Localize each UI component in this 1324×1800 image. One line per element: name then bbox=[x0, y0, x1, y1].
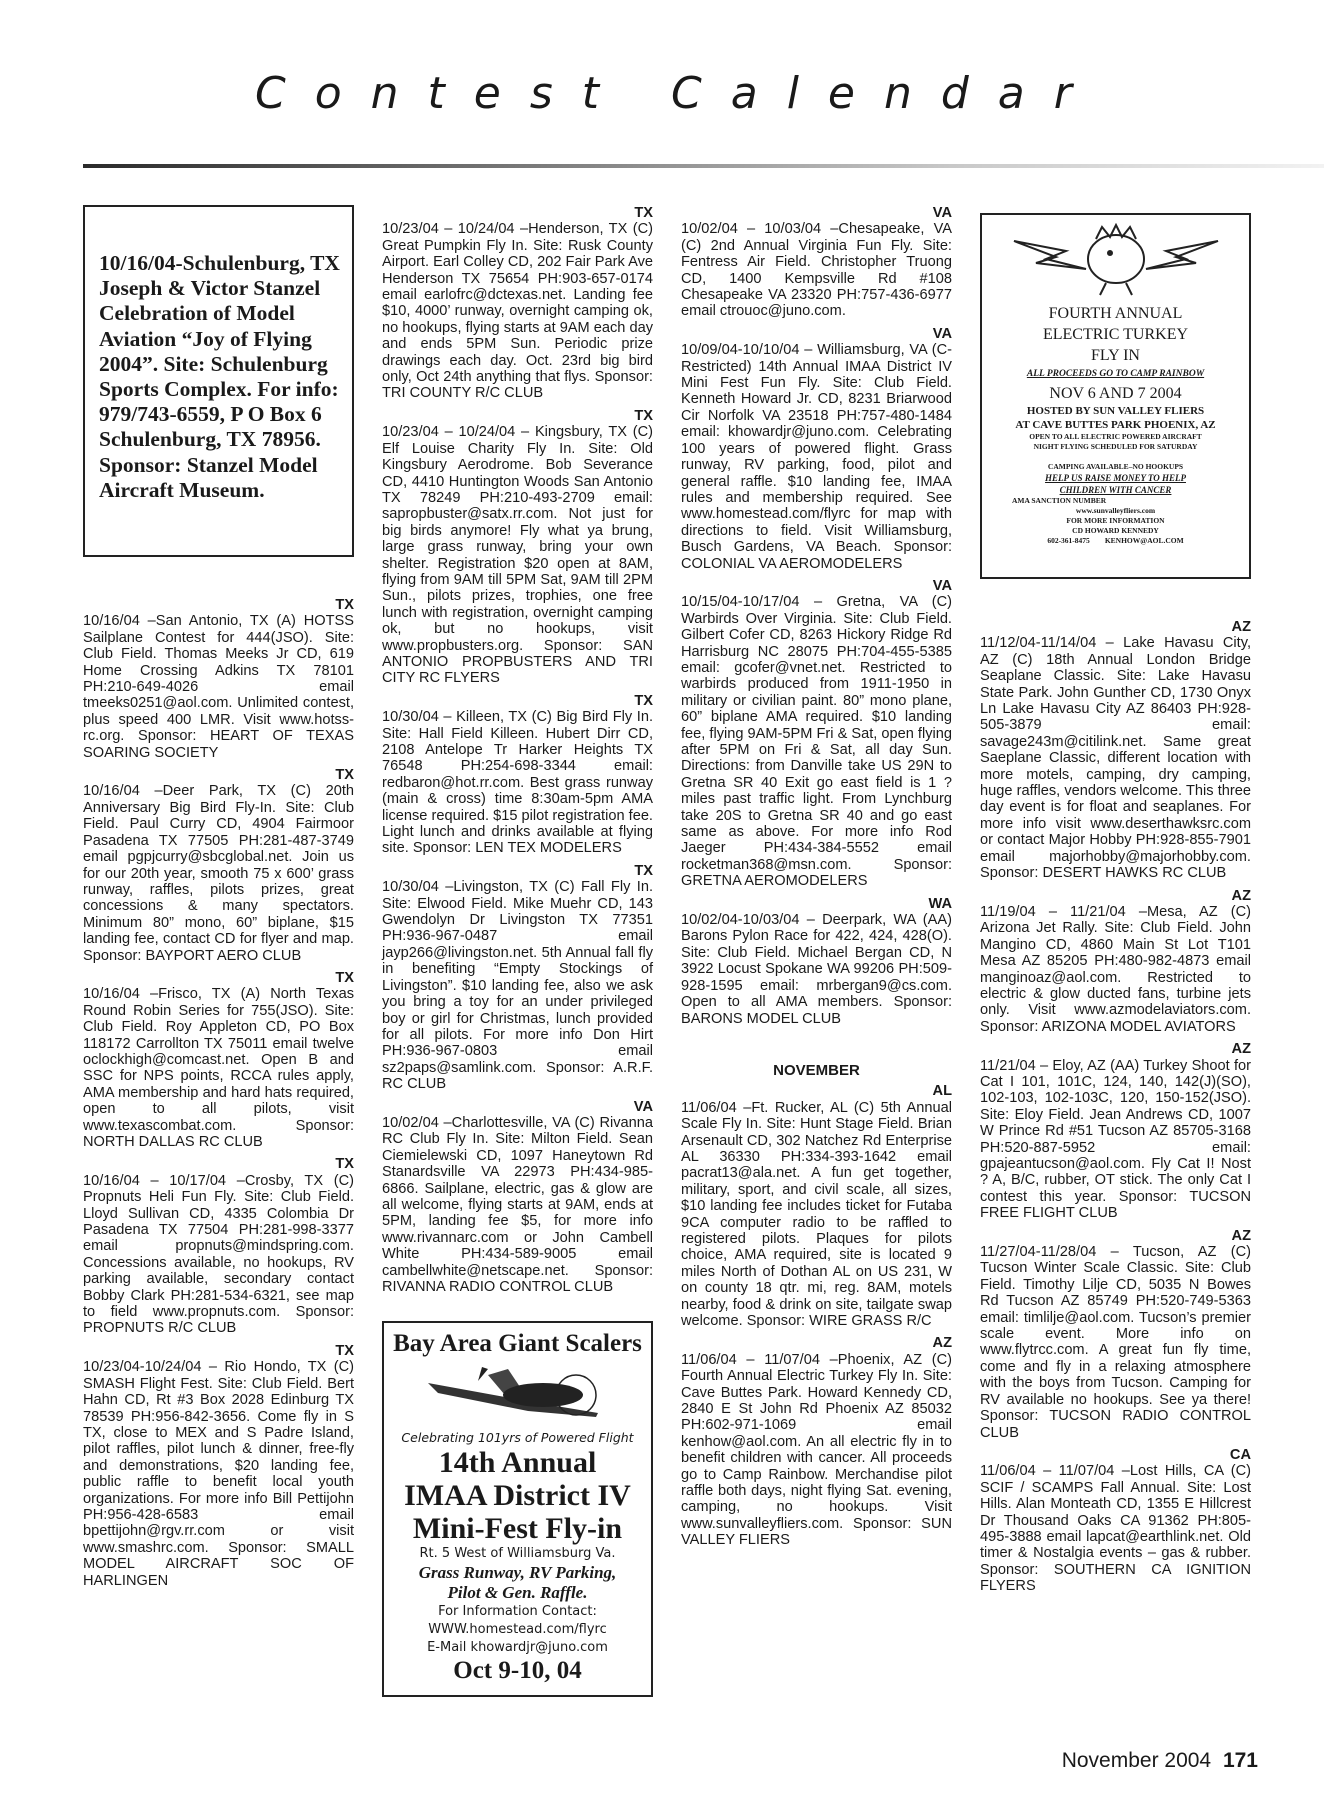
state-label: AZ bbox=[980, 619, 1251, 635]
state-label: TX bbox=[83, 970, 354, 986]
state-label: WA bbox=[681, 896, 952, 912]
turkey-location: AT CAVE BUTTES PARK PHOENIX, AZ bbox=[986, 418, 1245, 432]
listing-text: 10/16/04 –San Antonio, TX (A) HOTSS Sail… bbox=[83, 613, 354, 761]
listing-entry: TX 10/30/04 – Killeen, TX (C) Big Bird F… bbox=[382, 693, 653, 857]
turkey-lightning-icon bbox=[1006, 223, 1226, 299]
turkey-help2: CHILDREN WITH CANCER bbox=[986, 484, 1245, 496]
promo-text: 10/16/04-Schulenburg, TX Joseph & Victor… bbox=[99, 251, 342, 503]
state-label: CA bbox=[980, 1447, 1251, 1463]
listing-text: 10/15/04-10/17/04 – Gretna, VA (C) Warbi… bbox=[681, 594, 952, 889]
state-label: AZ bbox=[980, 1228, 1251, 1244]
listing-text: 10/09/04-10/10/04 – Williamsburg, VA (C-… bbox=[681, 342, 952, 572]
state-label: AZ bbox=[980, 888, 1251, 904]
listing-entry: TX 10/16/04 –Frisco, TX (A) North Texas … bbox=[83, 970, 354, 1150]
column-2: TX 10/23/04 – 10/24/04 –Henderson, TX (C… bbox=[382, 205, 653, 1697]
listing-text: 10/23/04-10/24/04 – Rio Hondo, TX (C) SM… bbox=[83, 1359, 354, 1589]
listing-entry: AL 11/06/04 –Ft. Rucker, AL (C) 5th Annu… bbox=[681, 1083, 952, 1329]
state-label: TX bbox=[83, 767, 354, 783]
state-label: TX bbox=[83, 597, 354, 613]
ad-website: WWW.homestead.com/flyrc bbox=[392, 1621, 643, 1639]
listing-text: 10/16/04 – 10/17/04 –Crosby, TX (C) Prop… bbox=[83, 1173, 354, 1337]
listing-entry: AZ 11/19/04 – 11/21/04 –Mesa, AZ (C) Ari… bbox=[980, 888, 1251, 1036]
state-label: TX bbox=[382, 693, 653, 709]
listing-text: 10/30/04 – Killeen, TX (C) Big Bird Fly … bbox=[382, 709, 653, 857]
listing-entry: TX 10/23/04 – 10/24/04 –Henderson, TX (C… bbox=[382, 205, 653, 402]
listing-text: 10/23/04 – 10/24/04 –Henderson, TX (C) G… bbox=[382, 221, 653, 401]
bay-area-giant-scalers-ad: Bay Area Giant Scalers Celebrating 101yr… bbox=[382, 1321, 653, 1697]
listing-text: 11/06/04 – 11/07/04 –Phoenix, AZ (C) Fou… bbox=[681, 1352, 952, 1549]
turkey-line3: FLY IN bbox=[986, 345, 1245, 366]
state-label: AZ bbox=[980, 1041, 1251, 1057]
title-rule bbox=[83, 164, 1324, 168]
ad-heading: Bay Area Giant Scalers bbox=[392, 1329, 643, 1359]
ad-contact-label: For Information Contact: bbox=[392, 1603, 643, 1621]
listing-entry: AZ 11/27/04-11/28/04 – Tucson, AZ (C) Tu… bbox=[980, 1228, 1251, 1441]
listing-entry: VA 10/15/04-10/17/04 – Gretna, VA (C) Wa… bbox=[681, 578, 952, 890]
state-label: VA bbox=[681, 326, 952, 342]
listing-text: 11/19/04 – 11/21/04 –Mesa, AZ (C) Arizon… bbox=[980, 904, 1251, 1035]
turkey-hosted: HOSTED BY SUN VALLEY FLIERS bbox=[986, 404, 1245, 418]
state-label: VA bbox=[681, 205, 952, 221]
issue-label: November 2004 bbox=[1062, 1749, 1211, 1772]
state-label: TX bbox=[382, 205, 653, 221]
listing-text: 10/02/04 –Charlottesville, VA (C) Rivann… bbox=[382, 1115, 653, 1295]
column-1: 10/16/04-Schulenburg, TX Joseph & Victor… bbox=[83, 205, 354, 1595]
listing-entry: TX 10/16/04 –San Antonio, TX (A) HOTSS S… bbox=[83, 597, 354, 761]
listing-text: 11/21/04 – Eloy, AZ (AA) Turkey Shoot fo… bbox=[980, 1058, 1251, 1222]
listing-entry: WA 10/02/04-10/03/04 – Deerpark, WA (AA)… bbox=[681, 896, 952, 1027]
turkey-date: NOV 6 AND 7 2004 bbox=[986, 383, 1245, 404]
corsair-airplane-icon bbox=[418, 1361, 618, 1423]
listing-entry: AZ 11/06/04 – 11/07/04 –Phoenix, AZ (C) … bbox=[681, 1335, 952, 1548]
listing-entry: VA 10/02/04 –Charlottesville, VA (C) Riv… bbox=[382, 1099, 653, 1296]
state-label: VA bbox=[681, 578, 952, 594]
page-title: Contest Calendar bbox=[255, 68, 1101, 119]
turkey-website: www.sunvalleyfliers.com bbox=[986, 506, 1245, 516]
turkey-camping: CAMPING AVAILABLE–NO HOOKUPS bbox=[986, 462, 1245, 472]
electric-turkey-ad: FOURTH ANNUAL ELECTRIC TURKEY FLY IN ALL… bbox=[980, 213, 1251, 579]
month-heading: NOVEMBER bbox=[681, 1063, 952, 1079]
listing-entry: TX 10/23/04-10/24/04 – Rio Hondo, TX (C)… bbox=[83, 1343, 354, 1589]
listing-text: 10/30/04 –Livingston, TX (C) Fall Fly In… bbox=[382, 879, 653, 1092]
turkey-email: KENHOW@AOL.COM bbox=[1105, 536, 1184, 545]
page-footer: November 2004 171 bbox=[1062, 1749, 1258, 1773]
turkey-night: NIGHT FLYING SCHEDULED FOR SATURDAY bbox=[986, 442, 1245, 452]
state-label: AL bbox=[681, 1083, 952, 1099]
listing-entry: TX 10/16/04 – 10/17/04 –Crosby, TX (C) P… bbox=[83, 1156, 354, 1336]
listing-text: 11/12/04-11/14/04 – Lake Havasu City, AZ… bbox=[980, 635, 1251, 881]
ad-features2: Pilot & Gen. Raffle. bbox=[392, 1583, 643, 1603]
ad-location: Rt. 5 West of Williamsburg Va. bbox=[392, 1545, 643, 1563]
turkey-line2: ELECTRIC TURKEY bbox=[986, 324, 1245, 345]
turkey-cd: CD HOWARD KENNEDY bbox=[986, 526, 1245, 536]
ad-email: E-Mail khowardjr@juno.com bbox=[392, 1639, 643, 1657]
listing-text: 11/27/04-11/28/04 – Tucson, AZ (C) Tucso… bbox=[980, 1244, 1251, 1441]
listing-text: 10/16/04 –Deer Park, TX (C) 20th Anniver… bbox=[83, 783, 354, 963]
ad-date: Oct 9-10, 04 bbox=[392, 1657, 643, 1685]
ad-celebrating: Celebrating 101yrs of Powered Flight bbox=[392, 1430, 643, 1446]
ad-line3: Mini-Fest Fly-in bbox=[392, 1512, 643, 1545]
turkey-proceeds: ALL PROCEEDS GO TO CAMP RAINBOW bbox=[986, 366, 1245, 382]
state-label: AZ bbox=[681, 1335, 952, 1351]
listing-text: 11/06/04 –Ft. Rucker, AL (C) 5th Annual … bbox=[681, 1100, 952, 1330]
ad-features1: Grass Runway, RV Parking, bbox=[392, 1563, 643, 1583]
turkey-phone: 602-361-8475 bbox=[1047, 536, 1090, 545]
listing-entry: TX 10/23/04 – 10/24/04 – Kingsbury, TX (… bbox=[382, 408, 653, 687]
turkey-more-info: FOR MORE INFORMATION bbox=[986, 516, 1245, 526]
listing-entry: CA 11/06/04 – 11/07/04 –Lost Hills, CA (… bbox=[980, 1447, 1251, 1595]
schulenburg-promo-box: 10/16/04-Schulenburg, TX Joseph & Victor… bbox=[83, 205, 354, 557]
listing-text: 11/06/04 – 11/07/04 –Lost Hills, CA (C) … bbox=[980, 1463, 1251, 1594]
turkey-line1: FOURTH ANNUAL bbox=[986, 303, 1245, 324]
turkey-sanction: AMA SANCTION NUMBER bbox=[986, 496, 1245, 506]
listing-text: 10/02/04 – 10/03/04 –Chesapeake, VA (C) … bbox=[681, 221, 952, 319]
state-label: VA bbox=[382, 1099, 653, 1115]
listing-text: 10/23/04 – 10/24/04 – Kingsbury, TX (C) … bbox=[382, 424, 653, 687]
page-number: 171 bbox=[1223, 1749, 1258, 1772]
state-label: TX bbox=[382, 863, 653, 879]
listing-entry: VA 10/09/04-10/10/04 – Williamsburg, VA … bbox=[681, 326, 952, 572]
state-label: TX bbox=[382, 408, 653, 424]
turkey-help1: HELP US RAISE MONEY TO HELP bbox=[986, 472, 1245, 484]
listing-entry: TX 10/30/04 –Livingston, TX (C) Fall Fly… bbox=[382, 863, 653, 1093]
turkey-contact: 602-361-8475 KENHOW@AOL.COM bbox=[986, 536, 1245, 546]
column-3: VA 10/02/04 – 10/03/04 –Chesapeake, VA (… bbox=[681, 205, 952, 1555]
ad-line2: IMAA District IV bbox=[392, 1479, 643, 1512]
turkey-open: OPEN TO ALL ELECTRIC POWERED AIRCRAFT bbox=[986, 432, 1245, 442]
listing-text: 10/16/04 –Frisco, TX (A) North Texas Rou… bbox=[83, 986, 354, 1150]
ad-line1: 14th Annual bbox=[392, 1446, 643, 1479]
listing-entry: AZ 11/21/04 – Eloy, AZ (AA) Turkey Shoot… bbox=[980, 1041, 1251, 1221]
state-label: TX bbox=[83, 1343, 354, 1359]
column-4: FOURTH ANNUAL ELECTRIC TURKEY FLY IN ALL… bbox=[980, 205, 1251, 1601]
listing-entry: AZ 11/12/04-11/14/04 – Lake Havasu City,… bbox=[980, 619, 1251, 882]
listing-entry: TX 10/16/04 –Deer Park, TX (C) 20th Anni… bbox=[83, 767, 354, 964]
state-label: TX bbox=[83, 1156, 354, 1172]
listing-text: 10/02/04-10/03/04 – Deerpark, WA (AA) Ba… bbox=[681, 912, 952, 1027]
listing-entry: VA 10/02/04 – 10/03/04 –Chesapeake, VA (… bbox=[681, 205, 952, 320]
